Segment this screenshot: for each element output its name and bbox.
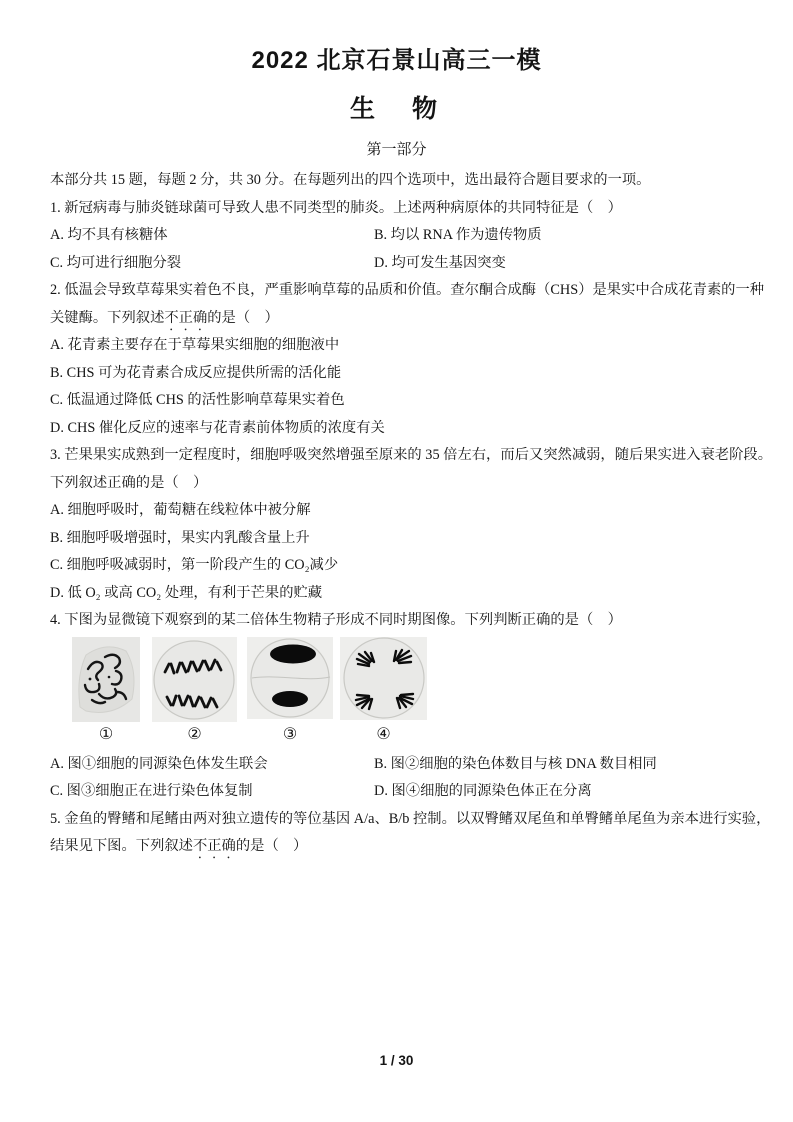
q3-option-d: D. 低 O₂ 或高 CO₂ 处理，有利于芒果的贮藏: [50, 580, 760, 608]
q4-option-b: B. 图②细胞的染色体数目与核 DNA 数目相同: [374, 751, 657, 779]
intro-text: 本部分共 15 题，每题 2 分，共 30 分。在每题列出的四个选项中，选出最符…: [50, 167, 760, 195]
q5-stem-line-1: 5. 金鱼的臀鳍和尾鳍由两对独立遗传的等位基因 A/a、B/b 控制。以双臀鳍双…: [50, 806, 760, 834]
exam-body: 本部分共 15 题，每题 2 分，共 30 分。在每题列出的四个选项中，选出最符…: [50, 167, 760, 861]
q2-stem-emphasis: 不正确: [164, 310, 207, 326]
micrograph-4-anaphase: [340, 637, 427, 720]
figure-label-4: ④: [340, 725, 427, 745]
micrograph-2-image: [152, 637, 237, 722]
section-heading: 第一部分: [0, 141, 793, 159]
exam-page: 2022 北京石景山高三一模 生 物 第一部分 本部分共 15 题，每题 2 分…: [0, 0, 793, 1122]
q1-options-row-1: A. 均不具有核糖体 B. 均以 RNA 作为遗传物质: [50, 222, 760, 250]
q4-option-c: C. 图③细胞正在进行染色体复制: [50, 783, 253, 799]
q5-stem-post: 的是（ ）: [236, 838, 307, 854]
q2-stem-post: 的是（ ）: [207, 310, 278, 326]
micrograph-1-image: [72, 637, 140, 722]
q2-stem-line-2: 关键酶。下列叙述不正确的是（ ）: [50, 305, 760, 333]
q3-stem-line-2: 下列叙述正确的是（ ）: [50, 470, 760, 498]
micrograph-3-telophase: [247, 637, 333, 719]
q2-option-b: B. CHS 可为花青素合成反应提供所需的活化能: [50, 360, 760, 388]
micrograph-1-prophase: [72, 637, 140, 722]
q5-stem-emphasis: 不正确: [193, 838, 236, 854]
figure-label-1: ①: [72, 725, 140, 745]
micrograph-2-double-row: [152, 637, 237, 722]
q1-stem: 1. 新冠病毒与肺炎链球菌可导致人患不同类型的肺炎。上述两种病原体的共同特征是（…: [50, 195, 760, 223]
micrograph-3-image: [247, 637, 333, 719]
q1-option-d: D. 均可发生基因突变: [374, 250, 506, 278]
q4-options-row-1: A. 图①细胞的同源染色体发生联会 B. 图②细胞的染色体数目与核 DNA 数目…: [50, 751, 760, 779]
q3-option-b: B. 细胞呼吸增强时，果实内乳酸含量上升: [50, 525, 760, 553]
q5-stem-line-2: 结果见下图。下列叙述不正确的是（ ）: [50, 833, 760, 861]
q2-option-a: A. 花青素主要存在于草莓果实细胞的细胞液中: [50, 332, 760, 360]
page-number: 1 / 30: [0, 1053, 793, 1068]
q3-stem-line-1: 3. 芒果果实成熟到一定程度时，细胞呼吸突然增强至原来的 35 倍左右，而后又突…: [50, 442, 760, 470]
q1-option-c: C. 均可进行细胞分裂: [50, 255, 181, 271]
q1-options-row-2: C. 均可进行细胞分裂 D. 均可发生基因突变: [50, 250, 760, 278]
q3-option-a: A. 细胞呼吸时，葡萄糖在线粒体中被分解: [50, 497, 760, 525]
q2-stem-pre: 关键酶。下列叙述: [50, 310, 164, 326]
exam-subject: 生 物: [0, 94, 793, 124]
q1-option-b: B. 均以 RNA 作为遗传物质: [374, 222, 542, 250]
micrograph-4-image: [340, 637, 427, 720]
figure-label-3: ③: [247, 725, 333, 745]
q2-option-c: C. 低温通过降低 CHS 的活性影响草莓果实着色: [50, 387, 760, 415]
q4-option-d: D. 图④细胞的同源染色体正在分离: [374, 778, 592, 806]
q3-option-c: C. 细胞呼吸减弱时，第一阶段产生的 CO₂减少: [50, 552, 760, 580]
q4-option-a: A. 图①细胞的同源染色体发生联会: [50, 756, 268, 772]
q5-stem-pre: 结果见下图。下列叙述: [50, 838, 193, 854]
q4-stem: 4. 下图为显微镜下观察到的某二倍体生物精子形成不同时期图像。下列判断正确的是（…: [50, 607, 760, 635]
q2-option-d: D. CHS 催化反应的速率与花青素前体物质的浓度有关: [50, 415, 760, 443]
q4-options-row-2: C. 图③细胞正在进行染色体复制 D. 图④细胞的同源染色体正在分离: [50, 778, 760, 806]
figure-label-2: ②: [152, 725, 237, 745]
q1-option-a: A. 均不具有核糖体: [50, 227, 168, 243]
micrograph-figure: ① ② ③ ④: [50, 635, 760, 751]
exam-title: 2022 北京石景山高三一模: [0, 46, 793, 76]
q2-stem-line-1: 2. 低温会导致草莓果实着色不良，严重影响草莓的品质和价值。查尔酮合成酶（CHS…: [50, 277, 760, 305]
